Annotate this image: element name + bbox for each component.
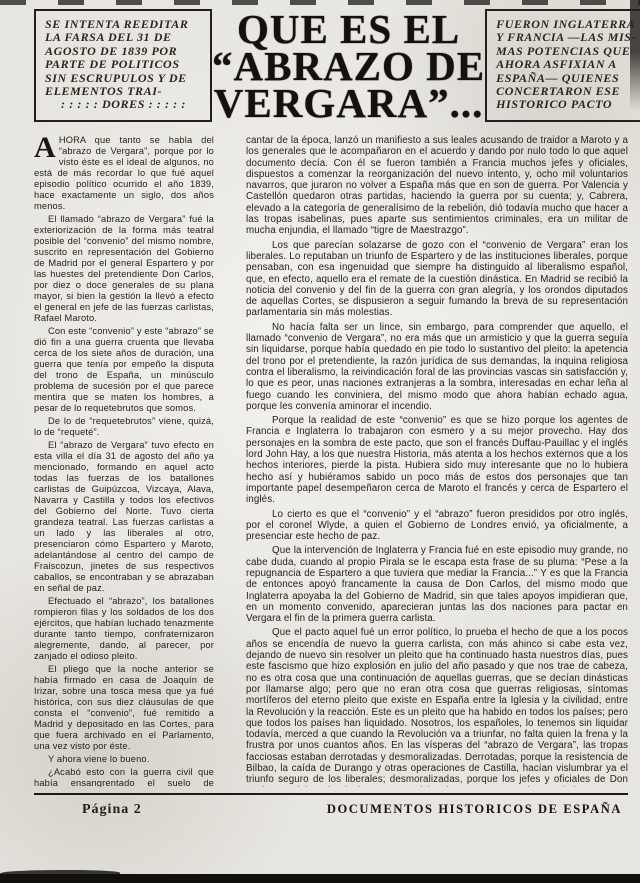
- kicker-box-right: FUERON INGLATERRA Y FRANCIA —LAS MIS- MA…: [485, 9, 640, 122]
- kicker-line: : : : : : DORES : : : : :: [45, 98, 202, 111]
- kicker-line: FUERON INGLATERRA: [496, 18, 640, 31]
- article-paragraph: Que la intervención de Inglaterra y Fran…: [246, 545, 628, 624]
- kicker-box-left: SE INTENTA REEDITAR LA FARSA DEL 31 DE A…: [34, 9, 212, 122]
- kicker-line: HISTORICO PACTO: [496, 98, 640, 111]
- newspaper-page: SE INTENTA REEDITAR LA FARSA DEL 31 DE A…: [0, 0, 640, 883]
- kicker-line: ELEMENTOS TRAI-: [45, 85, 202, 98]
- column-right: cantar de la época, lanzó un manifiesto …: [246, 135, 628, 787]
- drop-cap: A: [34, 135, 59, 159]
- article-paragraph: El pliego que la noche anterior se había…: [34, 664, 214, 752]
- scan-artifact-top-edge: [0, 0, 640, 5]
- kicker-line: AGOSTO DE 1839 POR: [45, 45, 202, 58]
- footer: Página 2 DOCUMENTOS HISTORICOS DE ESPAÑA: [34, 795, 628, 818]
- article-body: AHORA que tanto se habla del “abrazo de …: [34, 135, 628, 787]
- article-paragraph: El “abrazo de Vergara” tuvo efecto en es…: [34, 440, 214, 594]
- article-paragraph: De lo de “requetebrutos” viene, quizá, l…: [34, 416, 214, 438]
- article-paragraph: Con este “convenio” y este “abrazo” se d…: [34, 326, 214, 414]
- kicker-line: MAS POTENCIAS QUE: [496, 45, 640, 58]
- masthead: SE INTENTA REEDITAR LA FARSA DEL 31 DE A…: [34, 9, 628, 122]
- kicker-line: ESPAÑA— QUIENES: [496, 72, 640, 85]
- article-paragraph: No hacía falta ser un lince, sin embargo…: [246, 322, 628, 412]
- publication-title: DOCUMENTOS HISTORICOS DE ESPAÑA: [327, 802, 622, 817]
- article-paragraph: Efectuado el “abrazo”, los batallones ro…: [34, 596, 214, 662]
- article-paragraph: AHORA que tanto se habla del “abrazo de …: [34, 135, 214, 212]
- article-paragraph: Que el pacto aquel fué un error político…: [246, 627, 628, 787]
- kicker-line: CONCERTARON ESE: [496, 85, 640, 98]
- article-paragraph: Lo cierto es que el “convenio” y el “abr…: [246, 509, 628, 543]
- kicker-line: PARTE DE POLITICOS: [45, 58, 202, 71]
- kicker-line: LA FARSA DEL 31 DE: [45, 31, 202, 44]
- kicker-line: Y FRANCIA —LAS MIS-: [496, 31, 640, 44]
- column-left: AHORA que tanto se habla del “abrazo de …: [34, 135, 214, 787]
- kicker-line: SE INTENTA REEDITAR: [45, 18, 202, 31]
- article-paragraph: El llamado “abrazo de Vergara” fué la ex…: [34, 214, 214, 324]
- paragraph-text: HORA que tanto se habla del “abrazo de V…: [34, 135, 214, 211]
- article-paragraph: ¿Acabó esto con la guerra civil que habí…: [34, 767, 214, 787]
- title-line-3: VERGARA”...: [212, 85, 485, 122]
- article-paragraph: Los que parecían solazarse de gozo con e…: [246, 240, 628, 319]
- page-number: Página 2: [82, 802, 142, 818]
- page-content: SE INTENTA REEDITAR LA FARSA DEL 31 DE A…: [34, 9, 628, 818]
- article-paragraph: cantar de la época, lanzó un manifiesto …: [246, 135, 628, 237]
- kicker-line: AHORA ASFIXIAN A: [496, 58, 640, 71]
- page-title: QUE ES EL “ABRAZO DE VERGARA”...: [212, 9, 485, 122]
- article-paragraph: Y ahora viene lo bueno.: [34, 754, 214, 765]
- scan-artifact-bottom-bar: [0, 874, 640, 883]
- article-paragraph: Porque la realidad de este “convenio” es…: [246, 415, 628, 505]
- kicker-line: SIN ESCRUPULOS Y DE: [45, 72, 202, 85]
